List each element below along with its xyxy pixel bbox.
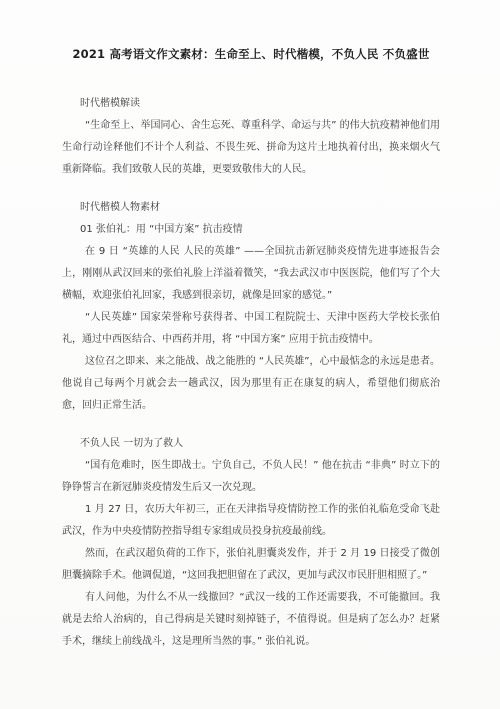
section-heading-figures: 时代楷模人物素材 [62,197,440,219]
subheading-zhang-boli: 01 张伯礼：用 “中国方案” 抗击疫情 [62,219,440,241]
paragraph-gallbladder-surgery: 然而，在武汉超负荷的工作下，张伯礼胆囊炎发作，并于 2 月 19 日接受了微创胆… [62,543,440,587]
paragraph-report-meeting: 在 9 日 “英雄的人民 人民的英雄” ——全国抗击新冠肺炎疫情先进事迹报告会上… [62,241,440,307]
section-heading-interpretation: 时代楷模解读 [62,93,440,115]
paragraph-refusing-to-withdraw: 有人问他，为什么不从一线撤回？“武汉一线的工作还需要我，不可能撤回。我就是去给人… [62,587,440,653]
paragraph-caring-for-patients: 这位召之即来、来之能战、战之能胜的 “人民英雄”，心中最惦念的永远是患者。他说自… [62,351,440,417]
document-title: 2021 高考语文作文素材：生命至上、时代楷模，不负人民 不负盛世 [62,44,440,64]
section-heading-saving-people: 不负人民 一切为了救人 [62,433,440,455]
document-page: 2021 高考语文作文素材：生命至上、时代楷模，不负人民 不负盛世 时代楷模解读… [0,0,500,709]
paragraph-peoples-hero-title: “人民英雄” 国家荣誉称号获得者、中国工程院院士、天津中医药大学校长张伯礼，通过… [62,307,440,351]
paragraph-antiepidemic-spirit: “生命至上、举国同心、舍生忘死、尊重科学、命运与共” 的伟大抗疫精神他们用生命行… [62,115,440,181]
section-era-model-figures: 时代楷模人物素材 01 张伯礼：用 “中国方案” 抗击疫情 在 9 日 “英雄的… [62,197,440,417]
section-era-model-interpretation: 时代楷模解读 “生命至上、举国同心、舍生忘死、尊重科学、命运与共” 的伟大抗疫精… [62,93,440,181]
paragraph-oath: “国有危难时，医生即战士。宁负自己，不负人民！” 他在抗击 “非典” 时立下的铮… [62,455,440,499]
section-saving-people: 不负人民 一切为了救人 “国有危难时，医生即战士。宁负自己，不负人民！” 他在抗… [62,433,440,653]
paragraph-flying-to-wuhan: 1 月 27 日，农历大年初三，正在天津指导疫情防控工作的张伯礼临危受命飞赴武汉… [62,499,440,543]
